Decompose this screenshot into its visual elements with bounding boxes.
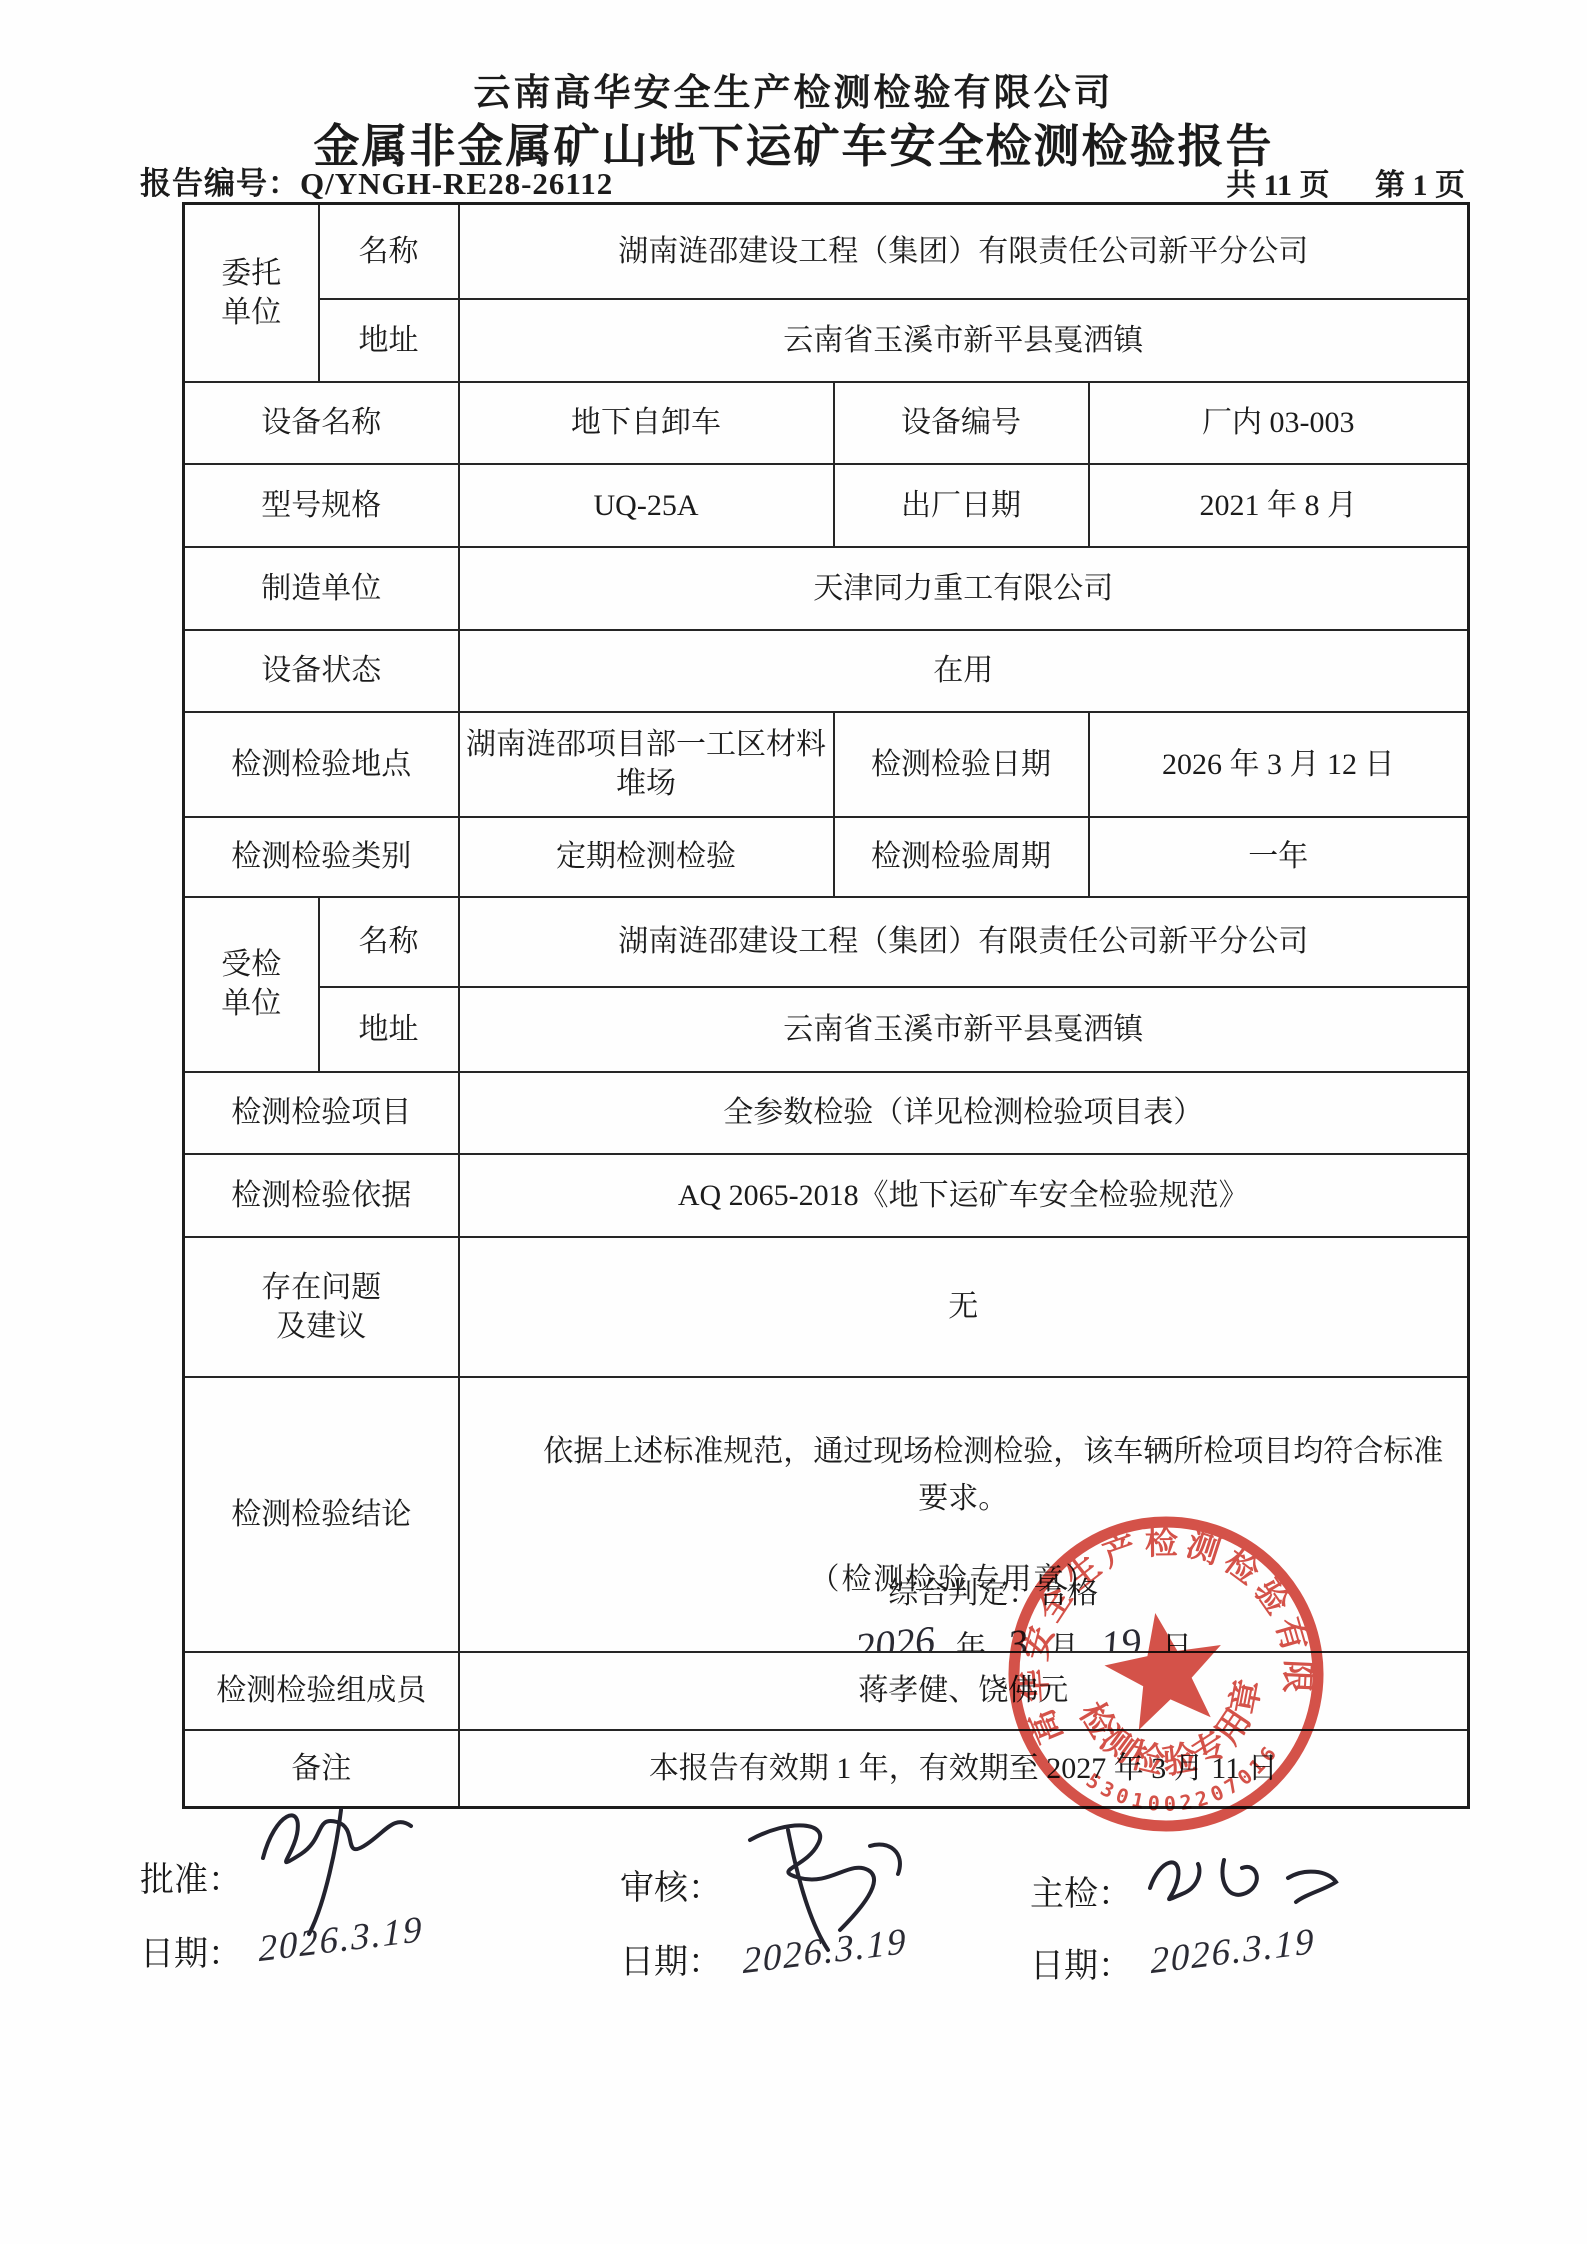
approve-date: 2026.3.19 (258, 1908, 424, 1971)
table-row: 检测检验组成员 蒋孝健、饶佛元 (184, 1652, 1469, 1730)
status-label: 设备状态 (184, 630, 459, 712)
seal-date: 2026 年 3 月 19 日 (855, 1618, 1207, 1652)
approve-label: 批准： (140, 1852, 242, 1901)
factory-date-label: 出厂日期 (834, 464, 1089, 547)
client-addr-label: 地址 (319, 299, 459, 382)
table-row: 设备名称 地下自卸车 设备编号 厂内 03-003 (184, 382, 1469, 464)
model-value: UQ-25A (459, 464, 834, 547)
handwritten-year: 2026 (852, 1613, 937, 1651)
conclusion-paragraph: 依据上述标准规范，通过现场检测检验，该车辆所检项目均符合标准要求。 (472, 1429, 1456, 1522)
conclusion-cell: 依据上述标准规范，通过现场检测检验，该车辆所检项目均符合标准要求。 综合判定：合… (459, 1377, 1469, 1652)
chief-label: 主检： (1030, 1866, 1132, 1915)
company-title: 云南高华安全生产检测检验有限公司 (0, 62, 1587, 116)
client-group-label: 委托 单位 (184, 204, 319, 382)
remark-value: 本报告有效期 1 年，有效期至 2027 年 3 月 11 日 (459, 1730, 1469, 1808)
chief-date-label: 日期： (1030, 1938, 1132, 1987)
device-name-value: 地下自卸车 (459, 382, 834, 464)
category-label: 检测检验类别 (184, 817, 459, 897)
members-label: 检测检验组成员 (184, 1652, 459, 1730)
review-date-label: 日期： (620, 1934, 722, 1983)
model-label: 型号规格 (184, 464, 459, 547)
category-value: 定期检测检验 (459, 817, 834, 897)
table-row: 存在问题 及建议 无 (184, 1237, 1469, 1377)
table-row: 受检 单位 名称 湖南涟邵建设工程（集团）有限责任公司新平分公司 (184, 897, 1469, 987)
table-row: 备注 本报告有效期 1 年，有效期至 2027 年 3 月 11 日 (184, 1730, 1469, 1808)
location-value: 湖南涟邵项目部一工区材料堆场 (459, 712, 834, 817)
table-row: 检测检验依据 AQ 2065-2018《地下运矿车安全检验规范》 (184, 1154, 1469, 1237)
handwritten-day: 19 (1098, 1616, 1143, 1652)
inspect-date-label: 检测检验日期 (834, 712, 1089, 817)
inspected-addr-label: 地址 (319, 987, 459, 1072)
page-info: 共 11 页 第 1 页 (1188, 160, 1465, 204)
table-row: 地址 云南省玉溪市新平县戛洒镇 (184, 987, 1469, 1072)
items-label: 检测检验项目 (184, 1072, 459, 1154)
members-value: 蒋孝健、饶佛元 (459, 1652, 1469, 1730)
client-name-label: 名称 (319, 204, 459, 299)
conclusion-label: 检测检验结论 (184, 1377, 459, 1652)
handwritten-month: 3 (1005, 1617, 1030, 1652)
chief-date: 2026.3.19 (1150, 1920, 1316, 1983)
table-row: 地址 云南省玉溪市新平县戛洒镇 (184, 299, 1469, 382)
table-row: 检测检验项目 全参数检验（详见检测检验项目表） (184, 1072, 1469, 1154)
items-value: 全参数检验（详见检测检验项目表） (459, 1072, 1469, 1154)
device-no-label: 设备编号 (834, 382, 1089, 464)
remark-label: 备注 (184, 1730, 459, 1808)
period-value: 一年 (1089, 817, 1469, 897)
inspected-group-label: 受检 单位 (184, 897, 319, 1072)
table-row: 制造单位 天津同力重工有限公司 (184, 547, 1469, 630)
report-page: 云南高华安全生产检测检验有限公司 金属非金属矿山地下运矿车安全检测检验报告 报告… (0, 0, 1587, 2244)
device-name-label: 设备名称 (184, 382, 459, 464)
inspected-name-label: 名称 (319, 897, 459, 987)
page-current: 第 1 页 (1375, 169, 1465, 202)
table-row: 型号规格 UQ-25A 出厂日期 2021 年 8 月 (184, 464, 1469, 547)
location-label: 检测检验地点 (184, 712, 459, 817)
device-no-value: 厂内 03-003 (1089, 382, 1469, 464)
basis-value: AQ 2065-2018《地下运矿车安全检验规范》 (459, 1154, 1469, 1237)
problems-label: 存在问题 及建议 (184, 1237, 459, 1377)
report-number: 报告编号：Q/YNGH-RE28-26112 (140, 158, 613, 203)
table-row: 设备状态 在用 (184, 630, 1469, 712)
inspect-date-value: 2026 年 3 月 12 日 (1089, 712, 1469, 817)
period-label: 检测检验周期 (834, 817, 1089, 897)
client-name-value: 湖南涟邵建设工程（集团）有限责任公司新平分公司 (459, 204, 1469, 299)
table-row: 检测检验结论 依据上述标准规范，通过现场检测检验，该车辆所检项目均符合标准要求。… (184, 1377, 1469, 1652)
approve-date-label: 日期： (140, 1926, 242, 1975)
seal-caption: （检测检验专用章） (810, 1560, 1098, 1599)
pages-total: 共 11 页 (1226, 169, 1329, 202)
basis-label: 检测检验依据 (184, 1154, 459, 1237)
factory-date-value: 2021 年 8 月 (1089, 464, 1469, 547)
client-addr-value: 云南省玉溪市新平县戛洒镇 (459, 299, 1469, 382)
review-label: 审核： (620, 1860, 722, 1909)
table-row: 委托 单位 名称 湖南涟邵建设工程（集团）有限责任公司新平分公司 (184, 204, 1469, 299)
review-date: 2026.3.19 (742, 1920, 908, 1983)
problems-value: 无 (459, 1237, 1469, 1377)
table-row: 检测检验地点 湖南涟邵项目部一工区材料堆场 检测检验日期 2026 年 3 月 … (184, 712, 1469, 817)
manufacturer-value: 天津同力重工有限公司 (459, 547, 1469, 630)
inspected-addr-value: 云南省玉溪市新平县戛洒镇 (459, 987, 1469, 1072)
report-table: 委托 单位 名称 湖南涟邵建设工程（集团）有限责任公司新平分公司 地址 云南省玉… (182, 202, 1470, 1809)
table-row: 检测检验类别 定期检测检验 检测检验周期 一年 (184, 817, 1469, 897)
manufacturer-label: 制造单位 (184, 547, 459, 630)
status-value: 在用 (459, 630, 1469, 712)
chief-signature (1138, 1838, 1358, 1928)
inspected-name-value: 湖南涟邵建设工程（集团）有限责任公司新平分公司 (459, 897, 1469, 987)
